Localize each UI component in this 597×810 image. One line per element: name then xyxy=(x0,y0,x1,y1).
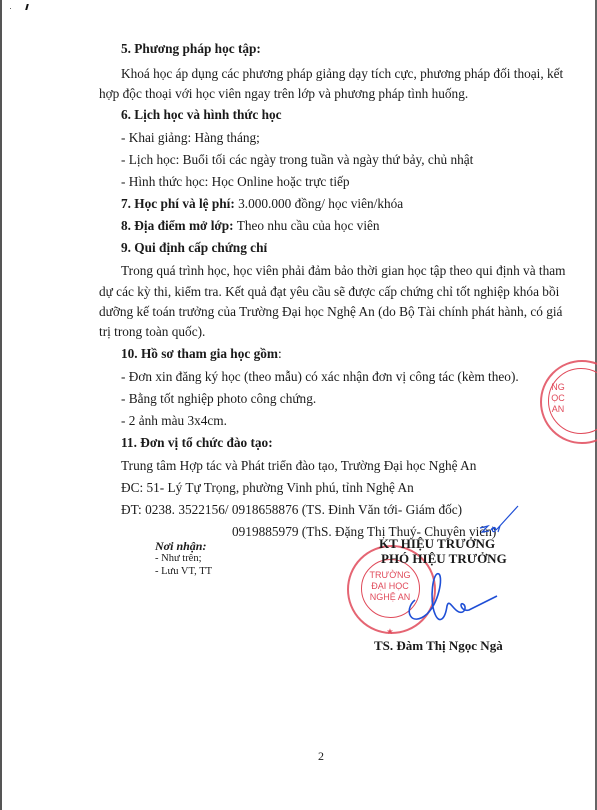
section5-heading: 5. Phương pháp học tập: xyxy=(121,41,261,57)
section9-heading: 9. Qui định cấp chứng chỉ xyxy=(121,240,267,256)
section11-line: ĐT: 0238. 3522156/ 0918658876 (TS. Đinh … xyxy=(121,502,462,518)
section9-line: Trong quá trình học, học viên phải đảm b… xyxy=(121,263,566,279)
section9-line: trị trong toàn quốc). xyxy=(99,324,205,340)
section8-label: 8. Địa điểm mở lớp: xyxy=(121,218,234,233)
page-number: 2 xyxy=(318,748,324,764)
scan-mark xyxy=(25,4,29,10)
section7-label: 7. Học phí và lệ phí: xyxy=(121,196,235,211)
signer-name: TS. Đàm Thị Ngọc Ngà xyxy=(374,638,503,654)
section9-line: dưỡng kế toán trưởng của Trường Đại học … xyxy=(99,304,562,320)
section7-value: 3.000.000 đồng/ học viên/khóa xyxy=(235,196,403,211)
section7: 7. Học phí và lệ phí: 3.000.000 đồng/ họ… xyxy=(121,196,403,212)
section6-item: - Lịch học: Buổi tối các ngày trong tuần… xyxy=(121,152,473,168)
section8: 8. Địa điểm mở lớp: Theo nhu cầu của học… xyxy=(121,218,380,234)
section10-item: - Đơn xin đăng ký học (theo mẫu) có xác … xyxy=(121,369,519,385)
section6-item: - Hình thức học: Học Online hoặc trực ti… xyxy=(121,174,350,190)
section6-item: - Khai giảng: Hàng tháng; xyxy=(121,130,260,146)
section11-line: ĐC: 51- Lý Tự Trọng, phường Vinh phú, tỉ… xyxy=(121,480,414,496)
handwritten-signature xyxy=(405,570,500,630)
recipient-item: - Như trên; xyxy=(155,553,202,565)
signature-title2: PHÓ HIỆU TRƯỞNG xyxy=(381,551,507,567)
section10-heading: 10. Hồ sơ tham gia học gồm: xyxy=(121,346,282,362)
section6-heading: 6. Lịch học và hình thức học xyxy=(121,107,282,123)
initials-signature xyxy=(478,500,520,536)
section10-item: - Bằng tốt nghiệp photo công chứng. xyxy=(121,391,316,407)
signature-title1: KT HIỆU TRƯỞNG xyxy=(379,536,495,552)
recipient-item: - Lưu VT, TT xyxy=(155,566,212,578)
section9-line: dự các kỳ thi, kiểm tra. Kết quả đạt yêu… xyxy=(99,284,559,300)
side-stamp-text: NGỌCAN xyxy=(548,382,568,415)
scan-dot xyxy=(10,8,11,9)
section5-body-line1: Khoá học áp dụng các phương pháp giảng d… xyxy=(121,66,563,82)
recipients-heading: Nơi nhận: xyxy=(155,538,206,554)
section5-body-line2: hợp độc thoại với học viên ngay trên lớp… xyxy=(99,86,468,102)
section8-value: Theo nhu cầu của học viên xyxy=(234,218,380,233)
stamp-star-icon: ★ xyxy=(384,626,396,637)
section11-line: Trung tâm Hợp tác và Phát triển đào tạo,… xyxy=(121,458,476,474)
section11-heading: 11. Đơn vị tổ chức đào tạo: xyxy=(121,435,273,451)
section10-item: - 2 ảnh màu 3x4cm. xyxy=(121,413,227,429)
page-left-edge xyxy=(0,0,2,810)
